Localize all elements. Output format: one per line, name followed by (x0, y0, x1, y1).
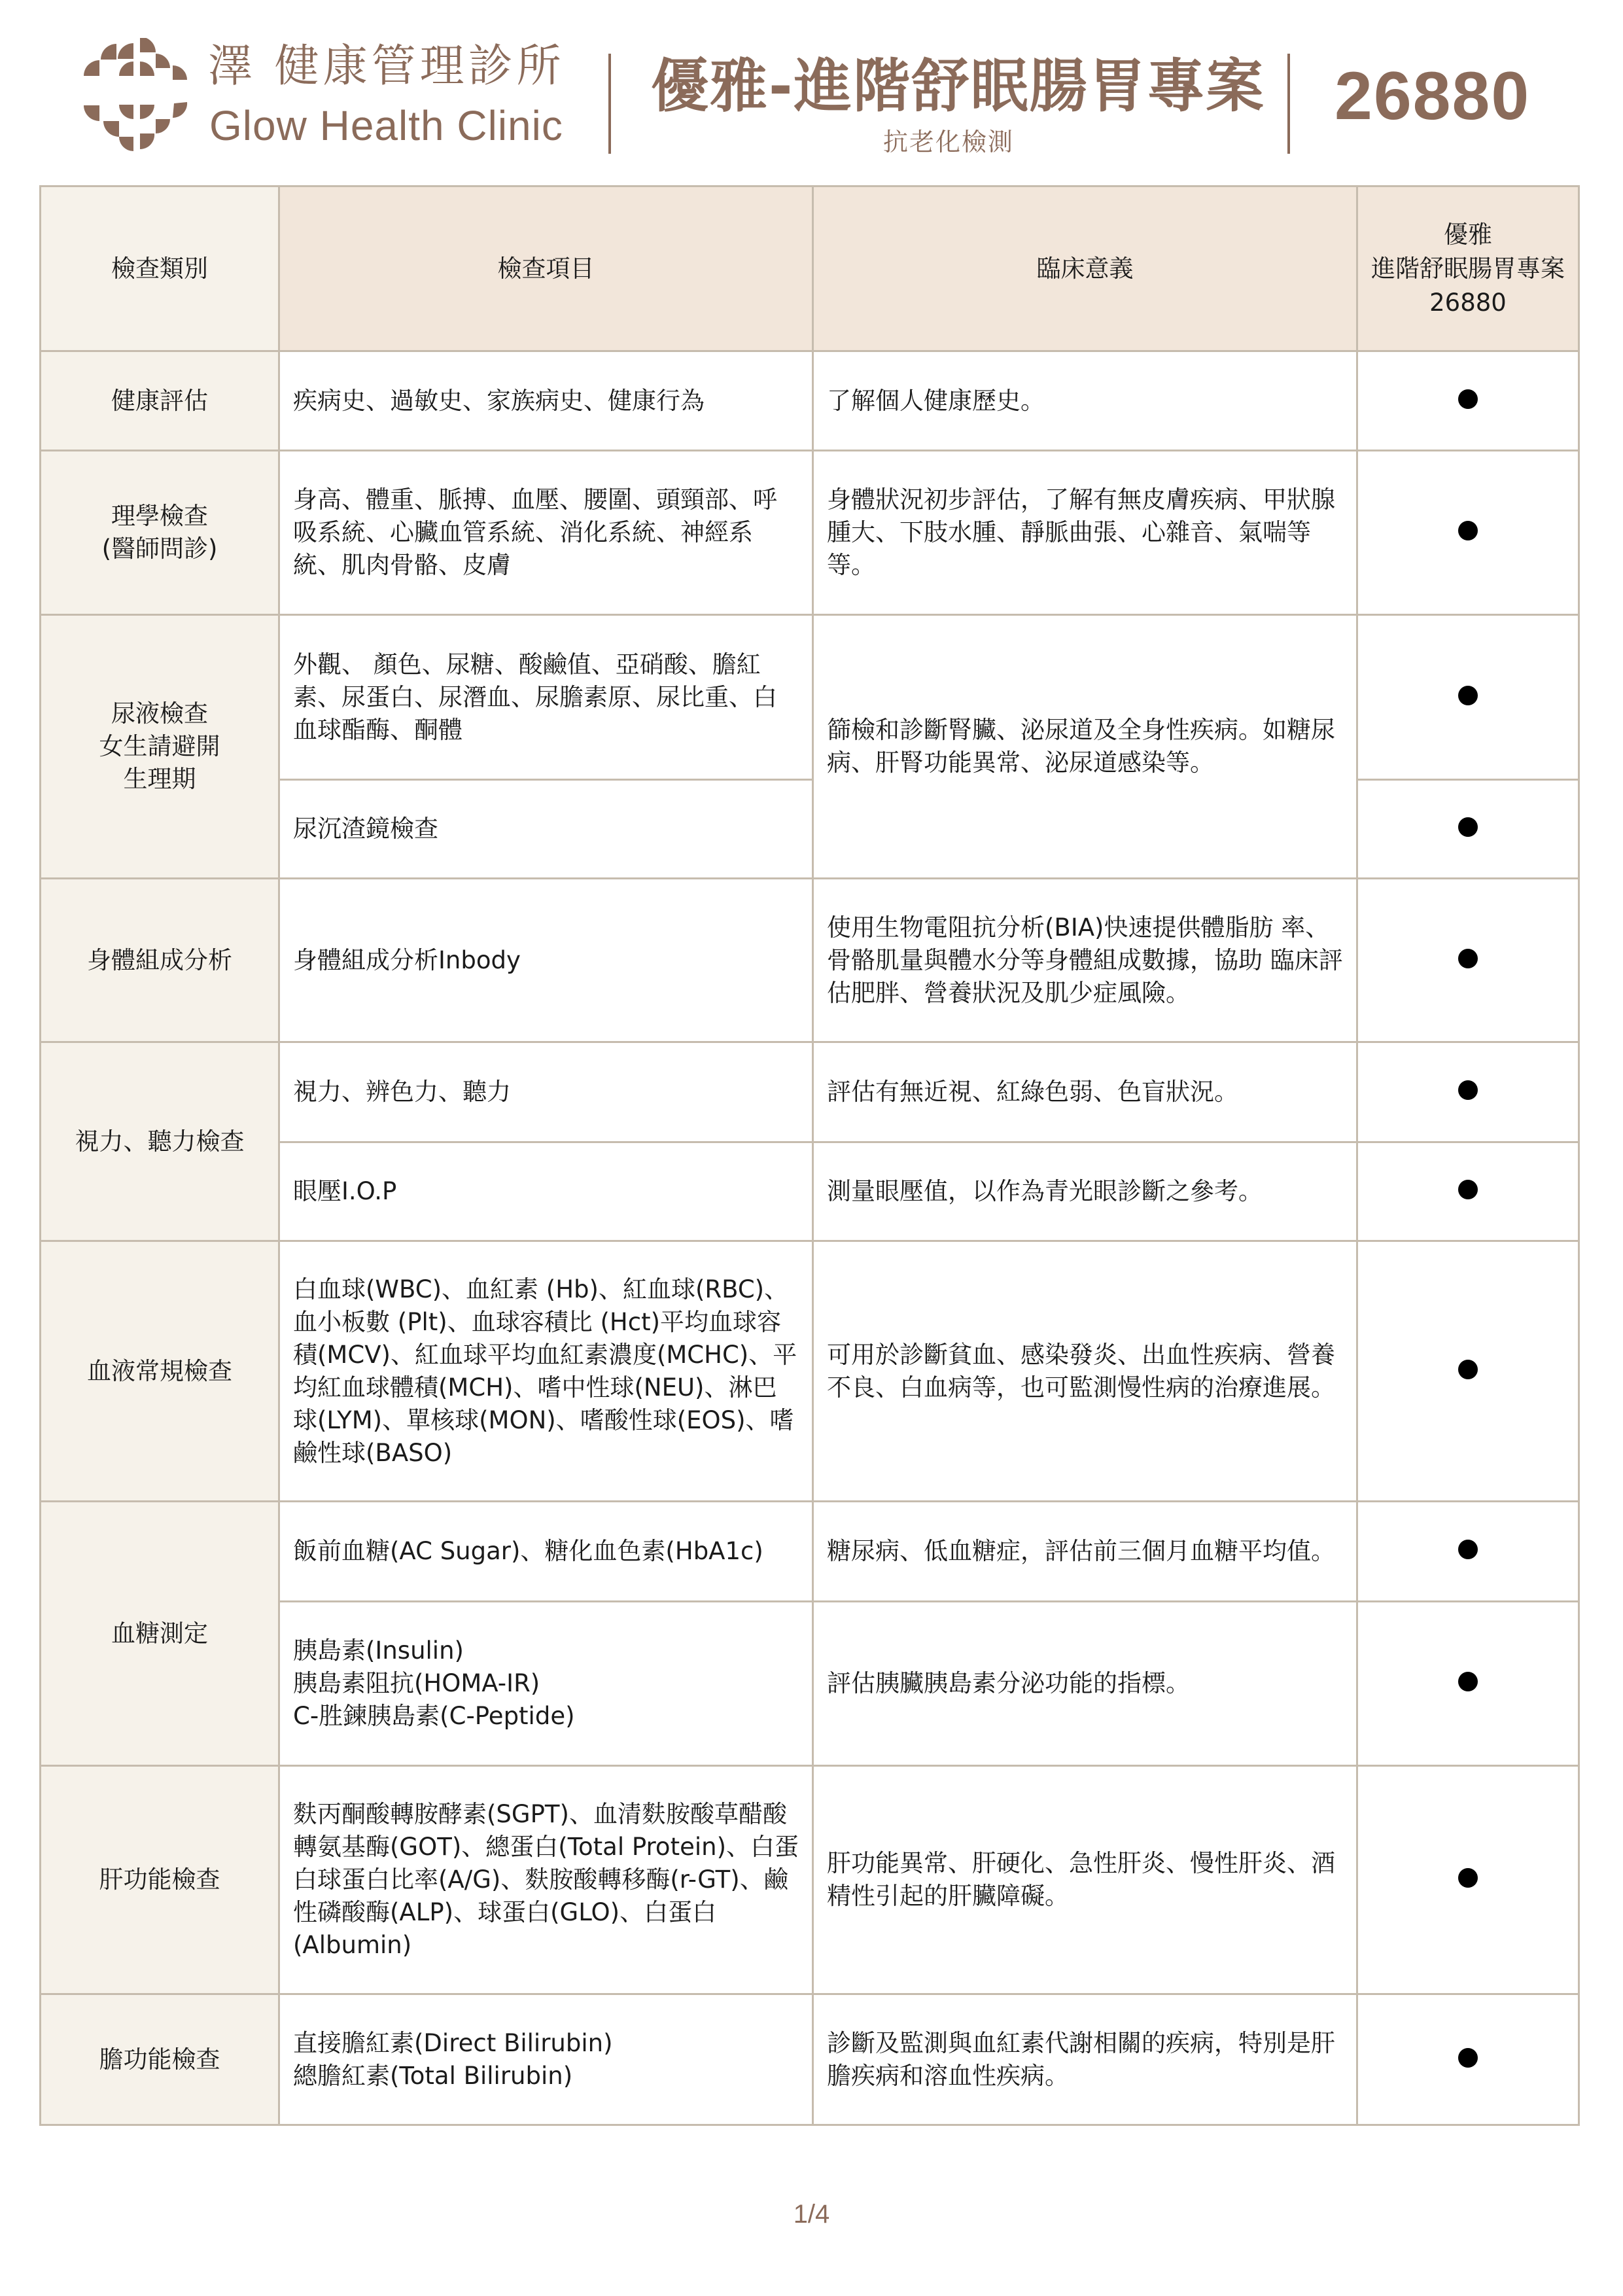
table-row: 肝功能檢查 麩丙酮酸轉胺酵素(SGPT)、血清麩胺酸草醋酸轉氨基酶(GOT)、總… (41, 1766, 1579, 1994)
included-bullet-icon (1458, 1180, 1478, 1199)
included-cell (1357, 1994, 1579, 2125)
table-row: 血液常規檢查 白血球(WBC)、血紅素 (Hb)、紅血球(RBC)、血小板數 (… (41, 1241, 1579, 1502)
table-row: 理學檢查 (醫師問診) 身高、體重、脈搏、血壓、腰圍、頭頸部、呼吸系統、心臟血管… (41, 451, 1579, 615)
category-cell: 肝功能檢查 (41, 1766, 279, 1994)
included-bullet-icon (1458, 817, 1478, 837)
table-row: 健康評估 疾病史、過敏史、家族病史、健康行為 了解個人健康歷史。 (41, 351, 1579, 451)
meaning-cell: 診斷及監測與血紅素代謝相關的疾病，特別是肝膽疾病和溶血性疾病。 (813, 1994, 1357, 2125)
included-cell (1357, 1241, 1579, 1502)
category-cell: 健康評估 (41, 351, 279, 451)
page-number: 1/4 (0, 2200, 1623, 2229)
category-cell: 尿液檢查 女生請避開 生理期 (41, 615, 279, 879)
checkup-table: 檢查類別 檢查項目 臨床意義 優雅 進階舒眠腸胃專案 26880 健康評估 疾病… (39, 185, 1578, 2126)
meaning-cell: 篩檢和診斷腎臟、泌尿道及全身性疾病。如糖尿病、肝腎功能異常、泌尿道感染等。 (813, 615, 1357, 879)
meaning-cell: 評估有無近視、紅綠色弱、色盲狀況。 (813, 1042, 1357, 1142)
included-cell (1357, 1042, 1579, 1142)
item-cell: 白血球(WBC)、血紅素 (Hb)、紅血球(RBC)、血小板數 (Plt)、血球… (279, 1241, 813, 1502)
included-bullet-icon (1458, 1080, 1478, 1100)
item-cell: 身高、體重、脈搏、血壓、腰圍、頭頸部、呼吸系統、心臟血管系統、消化系統、神經系統… (279, 451, 813, 615)
item-cell: 胰島素(Insulin) 胰島素阻抗(HOMA-IR) C-胜鍊胰島素(C-Pe… (279, 1602, 813, 1766)
category-cell: 理學檢查 (醫師問診) (41, 451, 279, 615)
category-cell: 膽功能檢查 (41, 1994, 279, 2125)
included-bullet-icon (1458, 2048, 1478, 2068)
included-cell (1357, 615, 1579, 780)
item-cell: 麩丙酮酸轉胺酵素(SGPT)、血清麩胺酸草醋酸轉氨基酶(GOT)、總蛋白(Tot… (279, 1766, 813, 1994)
included-cell (1357, 1142, 1579, 1241)
item-cell: 眼壓I.O.P (279, 1142, 813, 1241)
included-cell (1357, 351, 1579, 451)
item-cell: 直接膽紅素(Direct Bilirubin) 總膽紅素(Total Bilir… (279, 1994, 813, 2125)
table-row: 血糖測定 飯前血糖(AC Sugar)、糖化血色素(HbA1c) 糖尿病、低血糖… (41, 1502, 1579, 1602)
meaning-cell: 糖尿病、低血糖症，評估前三個月血糖平均值。 (813, 1502, 1357, 1602)
item-cell: 尿沉渣鏡檢查 (279, 780, 813, 879)
category-cell: 血糖測定 (41, 1502, 279, 1766)
clinic-name-zh: 澤 健康管理診所 (208, 44, 565, 89)
included-bullet-icon (1458, 1360, 1478, 1379)
included-cell (1357, 780, 1579, 879)
item-cell: 身體組成分析Inbody (279, 879, 813, 1042)
meaning-cell: 可用於診斷貧血、感染發炎、出血性疾病、營養不良、白血病等，也可監測慢性病的治療進… (813, 1241, 1357, 1502)
meaning-cell: 了解個人健康歷史。 (813, 351, 1357, 451)
category-cell: 視力、聽力檢查 (41, 1042, 279, 1241)
column-header-plan: 優雅 進階舒眠腸胃專案 26880 (1357, 186, 1579, 351)
included-bullet-icon (1458, 1672, 1478, 1691)
included-cell (1357, 879, 1579, 1042)
included-cell (1357, 1602, 1579, 1766)
item-cell: 視力、辨色力、聽力 (279, 1042, 813, 1142)
included-cell (1357, 1502, 1579, 1602)
table-row: 視力、聽力檢查 視力、辨色力、聽力 評估有無近視、紅綠色弱、色盲狀況。 (41, 1042, 1579, 1142)
included-bullet-icon (1458, 1868, 1478, 1888)
included-cell (1357, 451, 1579, 615)
item-cell: 疾病史、過敏史、家族病史、健康行為 (279, 351, 813, 451)
category-cell: 血液常規檢查 (41, 1241, 279, 1502)
column-header-item: 檢查項目 (279, 186, 813, 351)
table-row: 膽功能檢查 直接膽紅素(Direct Bilirubin) 總膽紅素(Total… (41, 1994, 1579, 2125)
meaning-cell: 測量眼壓值，以作為青光眼診斷之參考。 (813, 1142, 1357, 1241)
meaning-cell: 身體狀況初步評估，了解有無皮膚疾病、甲狀腺腫大、下肢水腫、靜脈曲張、心雜音、氣喘… (813, 451, 1357, 615)
plan-subtitle: 抗老化檢測 (883, 130, 1014, 154)
clinic-logo-icon (84, 38, 190, 154)
meaning-cell: 評估胰臟胰島素分泌功能的指標。 (813, 1602, 1357, 1766)
category-cell: 身體組成分析 (41, 879, 279, 1042)
clinic-name-en: Glow Health Clinic (209, 105, 563, 147)
page-header: 澤 健康管理診所 Glow Health Clinic 優雅-進階舒眠腸胃專案 … (0, 0, 1623, 177)
column-header-category: 檢查類別 (41, 186, 279, 351)
included-bullet-icon (1458, 949, 1478, 968)
meaning-cell: 使用生物電阻抗分析(BIA)快速提供體脂肪 率、骨骼肌量與體水分等身體組成數據，… (813, 879, 1357, 1042)
item-cell: 飯前血糖(AC Sugar)、糖化血色素(HbA1c) (279, 1502, 813, 1602)
table-row: 尿液檢查 女生請避開 生理期 外觀、 顏色、尿糖、酸鹼值、亞硝酸、膽紅素、尿蛋白… (41, 615, 1579, 780)
included-bullet-icon (1458, 521, 1478, 540)
meaning-cell: 肝功能異常、肝硬化、急性肝炎、慢性肝炎、酒精性引起的肝臟障礙。 (813, 1766, 1357, 1994)
header-divider (1287, 54, 1290, 154)
plan-price: 26880 (1335, 62, 1530, 130)
table-row: 身體組成分析 身體組成分析Inbody 使用生物電阻抗分析(BIA)快速提供體脂… (41, 879, 1579, 1042)
plan-title: 優雅-進階舒眠腸胃專案 (651, 58, 1265, 115)
included-bullet-icon (1458, 686, 1478, 705)
included-cell (1357, 1766, 1579, 1994)
item-cell: 外觀、 顏色、尿糖、酸鹼值、亞硝酸、膽紅素、尿蛋白、尿潛血、尿膽素原、尿比重、白… (279, 615, 813, 780)
included-bullet-icon (1458, 1540, 1478, 1559)
column-header-meaning: 臨床意義 (813, 186, 1357, 351)
included-bullet-icon (1458, 389, 1478, 409)
header-divider (608, 54, 611, 154)
table-header-row: 檢查類別 檢查項目 臨床意義 優雅 進階舒眠腸胃專案 26880 (41, 186, 1579, 351)
